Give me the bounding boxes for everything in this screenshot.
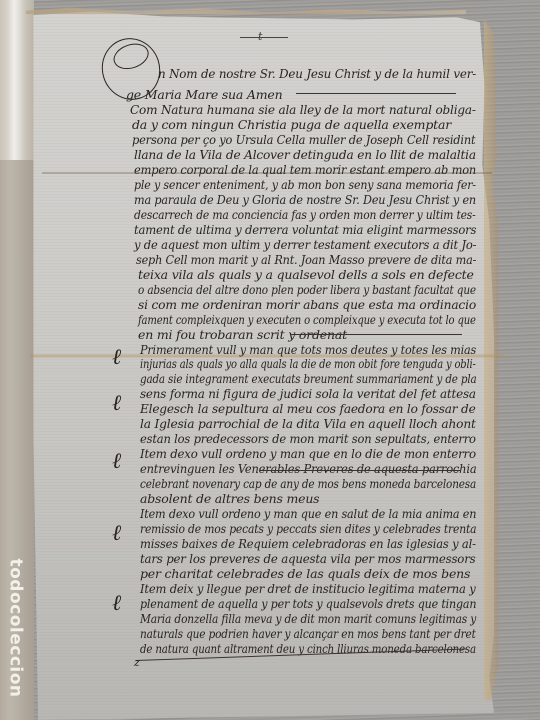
line-filler-rule: [290, 334, 462, 335]
margin-flourish: ℓ: [112, 520, 121, 546]
margin-flourish: ℓ: [112, 590, 121, 616]
text-line: ge Maria Mare sua Amen: [126, 87, 282, 102]
watermark-text: todocoleccion: [6, 558, 26, 697]
line-filler-rule: [296, 93, 456, 94]
text-line: gada sie integrament executats breument …: [140, 371, 476, 386]
text-line: injurias als quals yo alla quals la die …: [140, 356, 476, 371]
torn-top-edge: [26, 6, 466, 14]
margin-flourish: ℓ: [112, 390, 121, 416]
text-line: llana de la Vila de Alcover detinguda en…: [134, 147, 476, 162]
text-line: o absencia del altre dono plen poder lib…: [138, 282, 476, 297]
text-line: descarrech de ma conciencia fas y orden …: [134, 207, 476, 222]
text-line: absolent de altres bens meus: [140, 491, 319, 506]
text-line: ple y sencer enteniment, y ab mon bon se…: [134, 177, 476, 192]
text-line: per charitat celebrades de las quals dei…: [140, 566, 470, 581]
text-line: tament de ultima y derrera voluntat mia …: [134, 222, 476, 237]
text-line: Maria donzella filla meva y de dit mon m…: [140, 611, 476, 626]
text-line: empero corporal de la qual tem morir est…: [134, 162, 476, 177]
text-line: ma paraula de Deu y Gloria de nostre Sr.…: [134, 192, 476, 207]
stained-right-edge: [484, 20, 498, 700]
text-line: estan los predecessors de mon marit son …: [140, 431, 476, 446]
text-line: teixa vila als quals y a qualsevol dells…: [138, 267, 474, 282]
text-line: tars per los preveres de aquesta vila pe…: [140, 551, 475, 566]
page-mark: t: [258, 30, 262, 43]
text-line: naturals que podrien haver y alcançar en…: [140, 626, 476, 641]
margin-flourish: ℓ: [112, 448, 121, 474]
text-line: la Iglesia parrochial de la dita Vila en…: [140, 416, 476, 431]
text-line: fament compleixquen y executen o complei…: [138, 312, 476, 327]
text-line: plenament de aquella y per tots y qualse…: [140, 596, 476, 611]
text-line: n Nom de nostre Sr. Deu Jesu Christ y de…: [158, 66, 476, 81]
text-line: si com me ordeniran morir abans que esta…: [138, 297, 476, 312]
margin-flourish: ℓ: [112, 344, 121, 370]
text-line: Com Natura humana sie ala lley de la mor…: [130, 102, 476, 117]
text-line: y de aquest mon ultim y derrer testament…: [134, 237, 476, 252]
bottom-mark: z: [134, 656, 140, 669]
text-line: sens forma ni figura de judici sola la v…: [140, 386, 476, 401]
text-line: Item dexo vull ordeno y man que en lo di…: [140, 446, 476, 461]
text-line: seph Cell mon marit y al Rnt. Joan Masso…: [136, 252, 476, 267]
text-line: da y com ningun Christia puga de aquella…: [132, 117, 451, 132]
text-line: remissio de mos pecats y peccats sien di…: [140, 521, 476, 536]
text-line: Item dexo vull ordeno y man que en salut…: [140, 506, 476, 521]
text-line: Item deix y llegue per dret de instituci…: [140, 581, 476, 596]
text-line: misses baixes de Requiem celebradoras en…: [140, 536, 476, 551]
text-line: Elegesch la sepultura al meu cos faedora…: [140, 401, 476, 416]
watermark: todocoleccion: [4, 540, 28, 716]
text-line: persona per ço yo Ursula Cella muller de…: [132, 132, 475, 147]
line-filler-rule: [260, 470, 460, 471]
text-line: entrevinguen les Venerables Preveres de …: [140, 461, 476, 476]
text-line: celebrant novenary cap de any de mos ben…: [140, 476, 476, 491]
text-line: Primerament vull y man que tots mos deut…: [140, 342, 476, 357]
